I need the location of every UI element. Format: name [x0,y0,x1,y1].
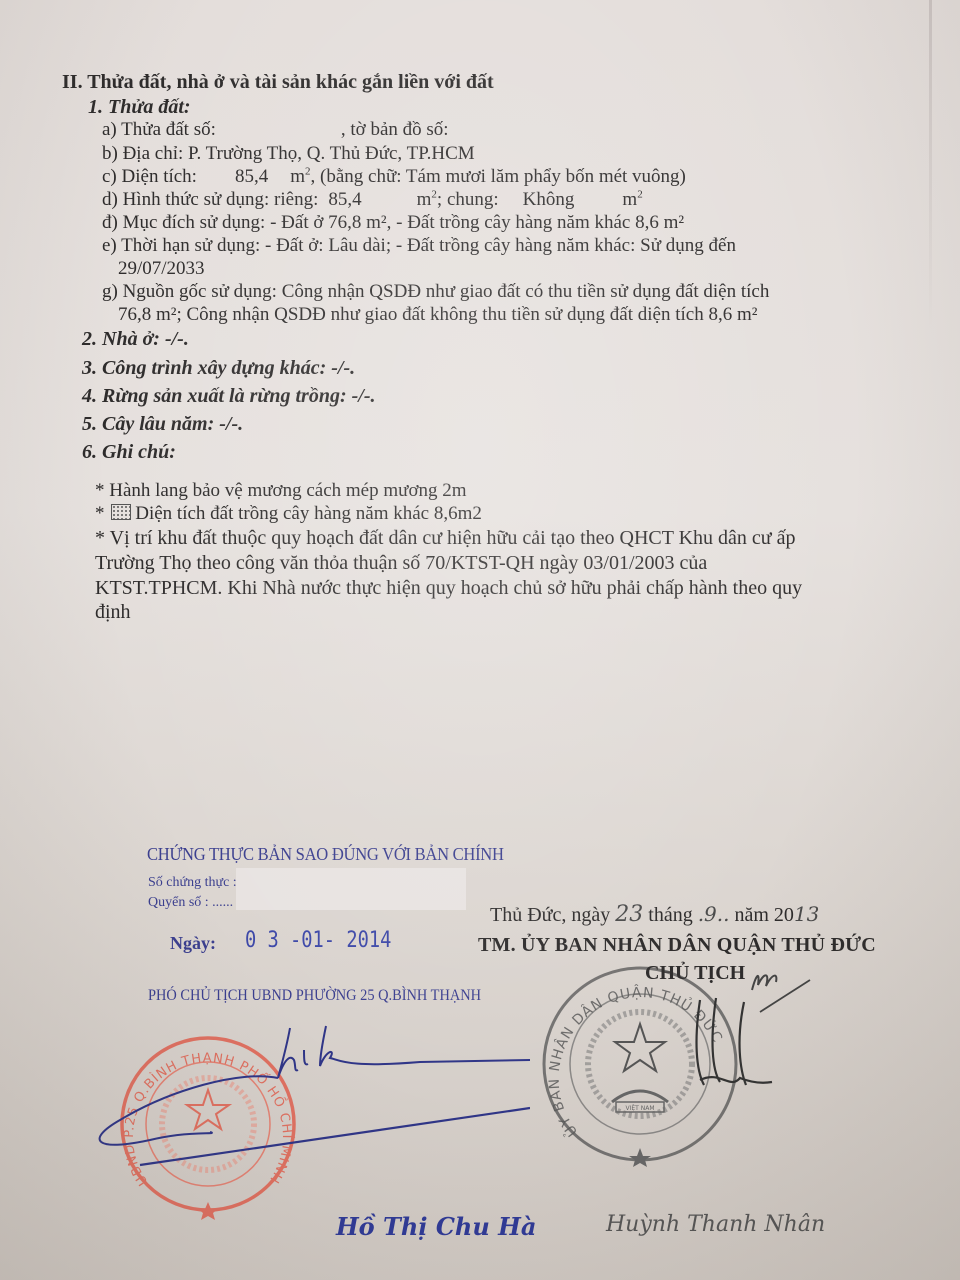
subsection-5-perennial: 5. Cây lâu năm: -/-. [82,413,243,435]
shared-value: Không [523,189,575,210]
private-area-unit: m [417,189,432,210]
note-2-text: Diện tích đất trồng cây hàng năm khác 8,… [135,503,482,524]
month-label: tháng [648,904,692,926]
note-3-line2: Trường Thọ theo công văn thỏa thuận số 7… [95,552,707,574]
item-b-address: b) Địa chỉ: P. Trường Thọ, Q. Thủ Đức, T… [102,143,475,165]
note-3-line1: * Vị trí khu đất thuộc quy hoạch đất dân… [95,527,796,549]
year-label: năm 20 [735,904,794,926]
item-dd-purpose: đ) Mục đích sử dụng: - Đất ở 76,8 m², - … [102,212,684,234]
note-3-line4: định [95,601,131,623]
area-unit: m [290,166,305,187]
area-label: c) Diện tích: [102,166,197,187]
subsection-4-forest: 4. Rừng sản xuất là rừng trồng: -/-. [82,385,375,407]
item-e-term-line2: 29/07/2033 [118,258,205,280]
note-1: * Hành lang bảo vệ mương cách mép mương … [95,480,467,502]
issue-day: 23 [615,902,643,927]
subsection-6-notes: 6. Ghi chú: [82,441,176,463]
parcel-number-label: a) Thửa đất số: [102,119,216,140]
issue-place-date: Thủ Đức, ngày 23 tháng .9.. năm 2013 [490,903,819,926]
chairman-title: CHỦ TỊCH [645,962,745,984]
paper-fold-shadow [929,0,932,330]
note-3-line3: KTST.TPHCM. Khi Nhà nước thực hiện quy h… [95,577,802,599]
item-g-origin-line1: g) Nguồn gốc sử dụng: Công nhận QSDĐ như… [102,281,769,303]
area-value: 85,4 [235,166,268,187]
certification-number-label: Số chứng thực : [148,872,237,894]
private-area-value: 85,4 [328,189,361,210]
certifier-title: PHÓ CHỦ TỊCH UBND PHƯỜNG 25 Q.BÌNH THẠNH [148,985,481,1007]
item-e-term-line1: e) Thời hạn sử dụng: - Đất ở: Lâu dài; -… [102,235,736,257]
item-g-origin-line2: 76,8 m²; Công nhận QSDĐ như giao đất khô… [118,304,757,326]
dotted-hatch-legend-icon [111,504,131,520]
note-2: * Diện tích đất trồng cây hàng năm khác … [95,503,482,525]
certification-date-value: 0 3 -01- 2014 [245,930,391,952]
subsection-3-other-construction: 3. Công trình xây dựng khác: -/-. [82,357,355,379]
issue-year-suffix: 13 [794,902,819,926]
book-number-label: Quyển số : ...... [148,892,233,914]
section-title: II. Thửa đất, nhà ở và tài sản khác gắn … [62,71,494,93]
issuing-organization: TM. ỦY BAN NHÂN DÂN QUẬN THỦ ĐỨC [478,934,876,956]
item-d-usage-form: d) Hình thức sử dụng: riêng:85,4m2; chun… [102,189,643,211]
certification-date-label: Ngày: [170,932,216,954]
usage-form-label: d) Hình thức sử dụng: riêng: [102,189,318,210]
subsection-2-house: 2. Nhà ở: -/-. [82,328,189,350]
redacted-area [236,868,466,910]
shared-unit: m [622,189,637,210]
area-in-words: , (bằng chữ: Tám mươi lăm phẩy bốn mét v… [311,166,686,187]
vice-chairman-signature [90,1020,530,1170]
chairman-name: Huỳnh Thanh Nhân [606,1212,825,1237]
item-c-area: c) Diện tích:85,4m2, (bằng chữ: Tám mươi… [102,166,686,188]
shared-label: ; chung: [437,189,499,210]
subsection-1-heading: 1. Thửa đất: [88,96,191,118]
certification-stamp-title: CHỨNG THỰC BẢN SAO ĐÚNG VỚI BẢN CHÍNH [147,843,504,865]
map-sheet-label: , tờ bản đồ số: [341,119,449,140]
issue-month: .9.. [698,902,730,926]
place-date-prefix: Thủ Đức, ngày [490,904,610,926]
item-a: a) Thửa đất số:, tờ bản đồ số: [102,119,449,141]
svg-text:VIỆT NAM: VIỆT NAM [625,1104,654,1112]
certifier-name: Hồ Thị Chu Hà [336,1212,536,1241]
note-bullet: * [95,503,105,524]
